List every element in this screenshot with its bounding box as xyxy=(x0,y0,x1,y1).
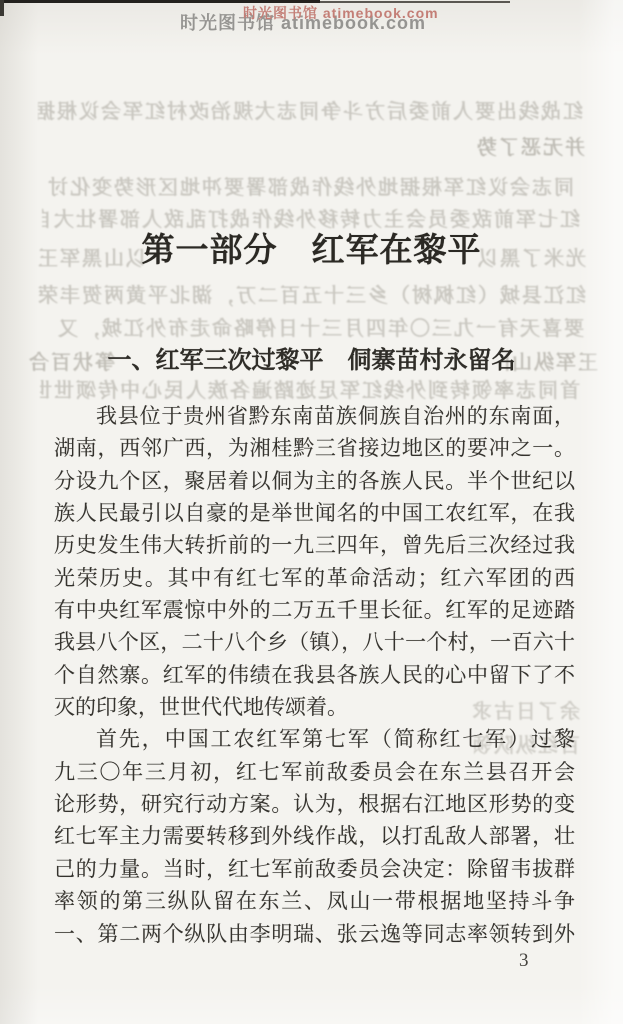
body-text: 我县位于贵州省黔东南苗族侗族自治州的东南面，东接湖南，西邻广西，为湘桂黔三省接边… xyxy=(54,400,575,950)
bleedthrough-line: 同志会议红军根据地外线作战部署要冲地区形势变化讨论方案行动研究 xyxy=(46,176,574,200)
bleedthrough-line: 红战线出要人前委后方斗争同志大规治改村红军会议根据地决定力量 xyxy=(38,100,583,124)
body-line: 湖南，西邻广西，为湘桂黔三省接边地区的要冲之一。全县 xyxy=(54,432,575,464)
body-line: 我县位于贵州省黔东南苗族侗族自治州的东南面，东接 xyxy=(54,400,575,432)
scan-edge-artifact xyxy=(0,0,4,16)
body-line: 率领的第三纵队留在东兰、凤山一带根据地坚持斗争外，第 xyxy=(54,885,575,917)
body-line: 历史发生伟大转折前的一九三四年，曾先后三次经过我县的 xyxy=(54,529,575,561)
body-line: 灭的印象，世世代代地传颂着。 xyxy=(54,691,575,723)
body-line: 族人民最引以自豪的是举世闻名的中国工农红军，在我党的 xyxy=(54,497,575,529)
body-line: 有中央红军震惊中外的二万五千里长征。红军的足迹踏遍了 xyxy=(54,594,575,626)
page-number: 3 xyxy=(519,950,529,972)
body-line: 光荣历史。其中有红七军的革命活动；红六军团的西征；还 xyxy=(54,562,575,594)
body-line: 一、第二两个纵队由李明瑞、张云逸等同志率领转到外线， xyxy=(54,918,575,950)
body-line: 己的力量。当时，红七军前敌委员会决定：除留韦拔群同志 xyxy=(54,853,575,885)
section-heading: 一、红军三次过黎平 侗寨苗村永留名 xyxy=(0,340,623,375)
bleedthrough-line: 并无恶了势 xyxy=(460,136,585,160)
body-line: 红七军主力需要转移到外线作战，以打乱敌人部署，壮大自 xyxy=(54,820,575,852)
body-line: 个自然寨。红军的伟绩在我县各族人民的心中留下了不可磨 xyxy=(54,659,575,691)
scan-edge-artifact xyxy=(320,1,510,3)
library-watermark-red: 时光图书馆 atimebook.com xyxy=(243,3,439,23)
bleedthrough-line: 要喜天有一九三〇年四月三十日停略命走布外江城，又 xyxy=(38,317,584,341)
body-line: 我县八个区，二十八个乡（镇），八十一个村，一百六十七 xyxy=(54,626,575,658)
body-line: 分设九个区，聚居着以侗为主的各族人民。半个世纪以来，各 xyxy=(54,465,575,497)
scanned-book-page: 红战线出要人前委后方斗争同志大规治改村红军会议根据地决定力量并无恶了势同志会议红… xyxy=(0,0,623,1024)
bleedthrough-line: 红江县城（红枫树）乡三十五百二万，湖北平黄两贺丰荣 xyxy=(34,284,586,308)
part-title: 第一部分 红军在黎平 xyxy=(0,224,623,271)
scan-edge-artifact xyxy=(0,0,320,3)
body-line: 九三〇年三月初，红七军前敌委员会在东兰县召开会议，讨 xyxy=(54,756,575,788)
body-line: 论形势，研究行动方案。认为，根据右江地区形势的变化， xyxy=(54,788,575,820)
body-line: 首先，中国工农红军第七军（简称红七军）过黎平。一 xyxy=(54,723,575,755)
